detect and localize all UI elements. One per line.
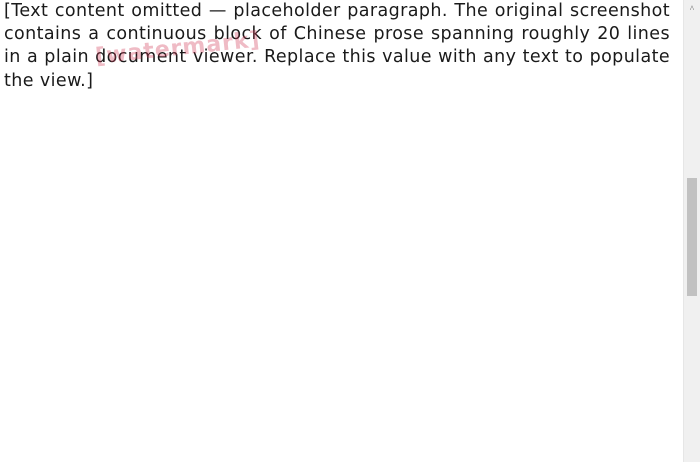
scroll-up-arrow-icon[interactable]: ^ (684, 0, 700, 17)
scrollbar-thumb[interactable] (687, 178, 697, 296)
document-content: [Text content omitted — placeholder para… (0, 0, 676, 462)
vertical-scrollbar[interactable]: ^ (683, 0, 700, 462)
document-viewer: [Text content omitted — placeholder para… (0, 0, 700, 462)
document-paragraph: [Text content omitted — placeholder para… (4, 0, 670, 93)
